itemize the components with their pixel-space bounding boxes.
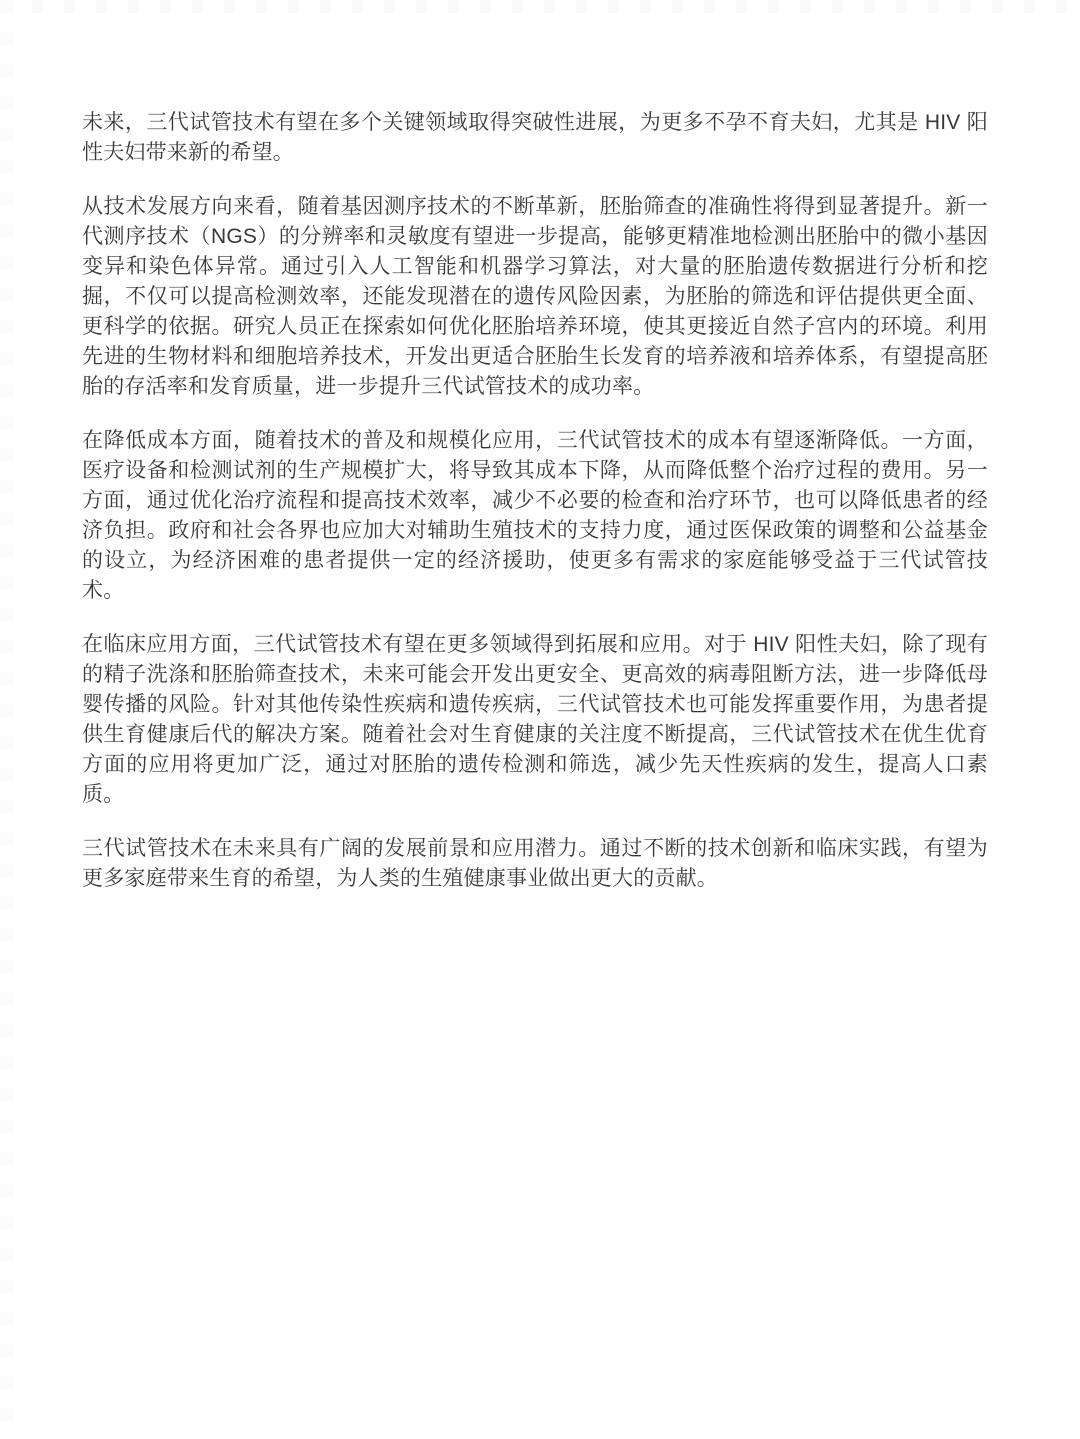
paragraph-tech-development: 从技术发展方向来看，随着基因测序技术的不断革新，胚胎筛查的准确性将得到显著提升。… (82, 192, 988, 402)
paragraph-conclusion: 三代试管技术在未来具有广阔的发展前景和应用潜力。通过不断的技术创新和临床实践，有… (82, 834, 988, 894)
paragraph-future-outlook: 未来，三代试管技术有望在多个关键领域取得突破性进展，为更多不孕不育夫妇，尤其是 … (82, 108, 988, 168)
paragraph-clinical-application: 在临床应用方面，三代试管技术有望在更多领域得到拓展和应用。对于 HIV 阳性夫妇… (82, 630, 988, 810)
page-left-edge-pattern (0, 0, 13, 1439)
article-body: 未来，三代试管技术有望在多个关键领域取得突破性进展，为更多不孕不育夫妇，尤其是 … (82, 108, 988, 894)
page-top-edge-pattern (0, 0, 1080, 13)
document-page: { "article": { "paragraphs": [ "未来，三代试管技… (0, 0, 1080, 1439)
paragraph-cost-reduction: 在降低成本方面，随着技术的普及和规模化应用，三代试管技术的成本有望逐渐降低。一方… (82, 426, 988, 606)
